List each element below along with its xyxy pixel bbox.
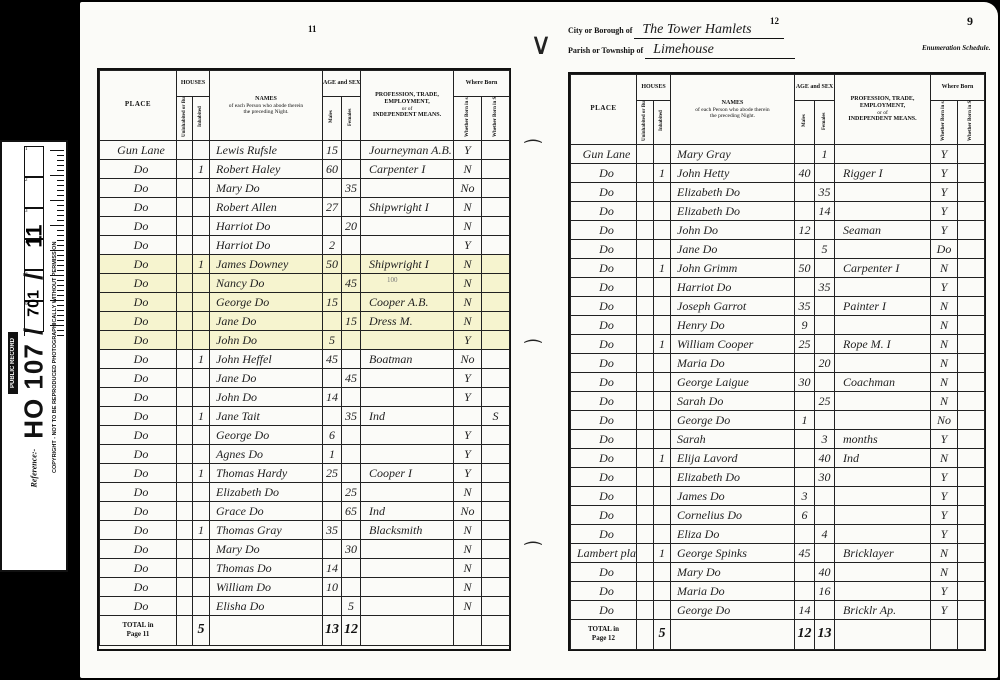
cell-inhabited bbox=[654, 562, 671, 581]
cell-profession bbox=[835, 201, 931, 220]
census-entry-row: Do Sarah 3 months Y bbox=[571, 429, 985, 448]
cell-inhabited bbox=[654, 600, 671, 619]
cell-place: Do bbox=[100, 539, 177, 558]
cell-name: George Do bbox=[210, 425, 323, 444]
cell-place: Do bbox=[571, 315, 637, 334]
cell-inhabited: 1 bbox=[654, 258, 671, 277]
cell-profession bbox=[361, 482, 454, 501]
cell-age-female bbox=[815, 163, 835, 182]
cell-uninhabited bbox=[637, 543, 654, 562]
cell-inhabited: 1 bbox=[193, 463, 210, 482]
cell-born-county: Y bbox=[454, 463, 482, 482]
cell-age-female: 5 bbox=[815, 239, 835, 258]
cell-place: Do bbox=[100, 235, 177, 254]
uninhabited-text: Uninhabited or Building bbox=[182, 97, 188, 137]
total-born-county bbox=[931, 619, 958, 649]
cell-born-elsewhere bbox=[958, 182, 985, 201]
cell-age-male bbox=[323, 178, 342, 197]
cell-place: Do bbox=[100, 520, 177, 539]
cell-profession: Seaman bbox=[835, 220, 931, 239]
cell-born-elsewhere bbox=[482, 349, 510, 368]
cell-place: Do bbox=[571, 410, 637, 429]
cell-age-female bbox=[815, 315, 835, 334]
cell-born-county: N bbox=[454, 558, 482, 577]
cell-profession bbox=[835, 505, 931, 524]
cell-inhabited bbox=[654, 201, 671, 220]
binding-stitch-mark: ⁔ bbox=[525, 122, 541, 142]
cell-inhabited bbox=[193, 216, 210, 235]
cell-profession bbox=[361, 387, 454, 406]
cell-name: Elizabeth Do bbox=[671, 467, 795, 486]
cell-profession: Shipwright I bbox=[361, 197, 454, 216]
total-males: 12 bbox=[795, 619, 815, 649]
col-inhabited: Inhabited bbox=[654, 101, 671, 145]
cell-place: Do bbox=[100, 406, 177, 425]
cell-inhabited bbox=[193, 539, 210, 558]
cell-age-female: 4 bbox=[815, 524, 835, 543]
cell-born-county: N bbox=[454, 197, 482, 216]
cell-name: John Hetty bbox=[671, 163, 795, 182]
cell-age-male bbox=[795, 277, 815, 296]
cell-name: Elija Lavord bbox=[671, 448, 795, 467]
corner-number: 9 bbox=[967, 14, 973, 29]
total-label: TOTAL inPage 12 bbox=[571, 619, 637, 649]
cell-uninhabited bbox=[637, 315, 654, 334]
parish-label: Parish or Township of bbox=[568, 46, 643, 55]
cell-place: Do bbox=[100, 178, 177, 197]
names-sub2: the preceding Night. bbox=[671, 113, 794, 119]
cell-profession bbox=[361, 425, 454, 444]
cell-born-county: Y bbox=[931, 600, 958, 619]
col-place: PLACE bbox=[571, 75, 637, 145]
total-born-elsewhere bbox=[482, 615, 510, 645]
cell-profession: Ind bbox=[361, 501, 454, 520]
census-entry-row: Do Harriot Do 20 N bbox=[100, 216, 510, 235]
cell-name: John Grimm bbox=[671, 258, 795, 277]
cell-name: Sarah bbox=[671, 429, 795, 448]
born-county-text: Whether Born in same County bbox=[465, 97, 471, 137]
cell-age-male: 25 bbox=[323, 463, 342, 482]
census-entry-row: Do Maria Do 20 N bbox=[571, 353, 985, 372]
cell-age-male: 30 bbox=[795, 372, 815, 391]
cell-born-county: Y bbox=[931, 505, 958, 524]
total-label-line1: TOTAL in bbox=[588, 625, 619, 633]
cell-age-male bbox=[795, 562, 815, 581]
col-uninhabited: Uninhabited or Building bbox=[177, 97, 193, 141]
cell-age-male: 27 bbox=[323, 197, 342, 216]
cell-name: Thomas Hardy bbox=[210, 463, 323, 482]
cell-uninhabited bbox=[177, 254, 193, 273]
cell-born-elsewhere bbox=[958, 372, 985, 391]
cell-name: Elisha Do bbox=[210, 596, 323, 615]
cell-profession bbox=[835, 353, 931, 372]
cell-name: Joseph Garrot bbox=[671, 296, 795, 315]
cell-place: Do bbox=[571, 258, 637, 277]
cell-age-female bbox=[342, 520, 361, 539]
cell-age-male bbox=[323, 482, 342, 501]
males-text: Males bbox=[329, 97, 335, 137]
census-entry-row: Do James Do 3 Y bbox=[571, 486, 985, 505]
females-text: Females bbox=[822, 101, 828, 141]
cell-born-elsewhere bbox=[482, 577, 510, 596]
col-females: Females bbox=[815, 101, 835, 145]
cell-age-male bbox=[795, 524, 815, 543]
cell-name: Harriot Do bbox=[210, 216, 323, 235]
cell-place: Do bbox=[100, 596, 177, 615]
col-females: Females bbox=[342, 97, 361, 141]
cell-inhabited: 1 bbox=[193, 254, 210, 273]
census-entry-row: Do Eliza Do 4 Y bbox=[571, 524, 985, 543]
cell-age-male bbox=[323, 406, 342, 425]
col-born-elsewhere: Whether Born in Scotland, Ireland, or Fo… bbox=[958, 101, 985, 145]
cell-uninhabited bbox=[177, 425, 193, 444]
cell-name: Elizabeth Do bbox=[671, 182, 795, 201]
census-entry-row: Lambert place 1 George Spinks 45 Brickla… bbox=[571, 543, 985, 562]
total-females: 13 bbox=[815, 619, 835, 649]
cell-born-elsewhere bbox=[958, 144, 985, 163]
cell-age-male: 40 bbox=[795, 163, 815, 182]
cell-age-female bbox=[342, 558, 361, 577]
cell-born-elsewhere bbox=[958, 163, 985, 182]
cell-inhabited bbox=[193, 482, 210, 501]
cell-age-male: 14 bbox=[795, 600, 815, 619]
cell-profession bbox=[835, 182, 931, 201]
cell-name: Sarah Do bbox=[671, 391, 795, 410]
cell-name: Robert Allen bbox=[210, 197, 323, 216]
binding-stitch-mark: ⁔ bbox=[525, 524, 541, 544]
cell-born-elsewhere bbox=[958, 315, 985, 334]
cell-born-county: Y bbox=[931, 467, 958, 486]
cell-uninhabited bbox=[637, 182, 654, 201]
cell-age-male bbox=[323, 539, 342, 558]
col-where-born: Where Born bbox=[931, 75, 985, 101]
cell-inhabited bbox=[654, 391, 671, 410]
cell-profession bbox=[361, 444, 454, 463]
cell-place: Do bbox=[100, 368, 177, 387]
cell-age-female bbox=[815, 505, 835, 524]
cell-age-female bbox=[815, 258, 835, 277]
cell-uninhabited bbox=[637, 467, 654, 486]
cell-uninhabited bbox=[177, 387, 193, 406]
census-entry-row: Do Nancy Do 45 N bbox=[100, 273, 510, 292]
cell-uninhabited bbox=[637, 372, 654, 391]
cell-place: Gun Lane bbox=[100, 140, 177, 159]
cell-inhabited: 1 bbox=[193, 349, 210, 368]
cell-born-elsewhere bbox=[482, 330, 510, 349]
parish-line: Parish or Township of Limehouse bbox=[568, 42, 795, 59]
cell-place: Do bbox=[571, 239, 637, 258]
cell-place: Do bbox=[571, 467, 637, 486]
cell-profession: Carpenter I bbox=[835, 258, 931, 277]
cell-born-county: Do bbox=[931, 239, 958, 258]
census-entry-row: Do 1 John Hetty 40 Rigger I Y bbox=[571, 163, 985, 182]
census-entry-row: Do George Do 6 Y bbox=[100, 425, 510, 444]
cell-age-male: 15 bbox=[323, 292, 342, 311]
cell-inhabited bbox=[193, 273, 210, 292]
cell-age-male: 45 bbox=[323, 349, 342, 368]
census-entry-row: Do George Do 1 No bbox=[571, 410, 985, 429]
col-profession: PROFESSION, TRADE, EMPLOYMENT,or ofINDEP… bbox=[361, 71, 454, 141]
cell-born-elsewhere bbox=[958, 562, 985, 581]
cell-place: Do bbox=[100, 197, 177, 216]
reference-label: Reference:- bbox=[30, 449, 39, 488]
census-entry-row: Do Harriot Do 2 Y bbox=[100, 235, 510, 254]
cell-born-county: Y bbox=[931, 524, 958, 543]
cell-age-female bbox=[342, 463, 361, 482]
census-entry-row: Do Mary Do 30 N bbox=[100, 539, 510, 558]
census-entry-row: Do 1 Jane Tait 35 Ind S bbox=[100, 406, 510, 425]
cell-profession bbox=[361, 330, 454, 349]
cell-age-female bbox=[815, 334, 835, 353]
names-title: NAMES bbox=[255, 96, 277, 102]
cell-age-male: 6 bbox=[795, 505, 815, 524]
cell-name: Jane Do bbox=[671, 239, 795, 258]
cell-age-male bbox=[795, 581, 815, 600]
cell-name: William Cooper bbox=[671, 334, 795, 353]
census-entry-row: Do 1 John Heffel 45 Boatman No bbox=[100, 349, 510, 368]
cell-uninhabited bbox=[637, 277, 654, 296]
total-label-line1: TOTAL in bbox=[122, 621, 153, 629]
names-sub2: the preceding Night. bbox=[210, 109, 322, 115]
cell-name: Cornelius Do bbox=[671, 505, 795, 524]
born-county-text: Whether Born in same County bbox=[941, 101, 947, 141]
cell-inhabited bbox=[193, 558, 210, 577]
cell-uninhabited bbox=[177, 197, 193, 216]
cell-inhabited bbox=[193, 330, 210, 349]
cell-profession bbox=[835, 486, 931, 505]
census-entry-row: Do Robert Allen 27 Shipwright I N bbox=[100, 197, 510, 216]
total-label-line2: Page 11 bbox=[127, 630, 150, 638]
census-entry-row: Gun Lane Lewis Rufsle 15 Journeyman A.B.… bbox=[100, 140, 510, 159]
cell-age-female: 25 bbox=[342, 482, 361, 501]
cell-born-county: N bbox=[454, 292, 482, 311]
cell-profession bbox=[361, 539, 454, 558]
cell-uninhabited bbox=[177, 292, 193, 311]
total-names bbox=[671, 619, 795, 649]
cell-inhabited bbox=[193, 197, 210, 216]
cell-uninhabited bbox=[637, 448, 654, 467]
cell-age-male: 14 bbox=[323, 387, 342, 406]
cell-age-male bbox=[323, 501, 342, 520]
cell-age-male: 5 bbox=[323, 330, 342, 349]
cell-born-county: Y bbox=[931, 429, 958, 448]
cell-uninhabited bbox=[177, 577, 193, 596]
cell-profession bbox=[361, 558, 454, 577]
cell-uninhabited bbox=[177, 520, 193, 539]
cell-place: Do bbox=[571, 334, 637, 353]
cell-inhabited bbox=[654, 220, 671, 239]
cell-age-female bbox=[342, 197, 361, 216]
cell-born-county: N bbox=[931, 296, 958, 315]
cell-age-male: 35 bbox=[323, 520, 342, 539]
parish-value: Limehouse bbox=[645, 42, 795, 59]
census-entry-row: Do Agnes Do 1 Y bbox=[100, 444, 510, 463]
right-total-row: TOTAL inPage 12 5 12 13 bbox=[571, 619, 985, 649]
cell-born-county: N bbox=[931, 448, 958, 467]
cell-profession bbox=[835, 562, 931, 581]
census-entry-row: Do Elizabeth Do 25 N bbox=[100, 482, 510, 501]
cell-born-county: N bbox=[931, 562, 958, 581]
cell-age-female: 65 bbox=[342, 501, 361, 520]
cell-age-female bbox=[815, 372, 835, 391]
cell-uninhabited bbox=[177, 178, 193, 197]
cell-age-male bbox=[795, 201, 815, 220]
cell-name: George Laigue bbox=[671, 372, 795, 391]
cell-age-female: 35 bbox=[342, 178, 361, 197]
cell-age-female bbox=[342, 444, 361, 463]
cell-profession bbox=[361, 235, 454, 254]
cell-place: Do bbox=[100, 463, 177, 482]
cell-age-female: 35 bbox=[815, 277, 835, 296]
cell-inhabited bbox=[193, 140, 210, 159]
cell-age-male: 2 bbox=[323, 235, 342, 254]
cell-age-male bbox=[795, 353, 815, 372]
cell-age-male bbox=[795, 429, 815, 448]
cell-born-elsewhere bbox=[958, 505, 985, 524]
total-born-elsewhere bbox=[958, 619, 985, 649]
cell-inhabited bbox=[193, 501, 210, 520]
total-label: TOTAL inPage 11 bbox=[100, 615, 177, 645]
cell-age-female bbox=[342, 387, 361, 406]
cell-age-male bbox=[795, 448, 815, 467]
cell-profession: Painter I bbox=[835, 296, 931, 315]
cell-name: John Do bbox=[671, 220, 795, 239]
cell-profession bbox=[835, 467, 931, 486]
cell-name: John Heffel bbox=[210, 349, 323, 368]
cell-uninhabited bbox=[177, 444, 193, 463]
cell-age-male: 1 bbox=[795, 410, 815, 429]
cell-age-female: 30 bbox=[342, 539, 361, 558]
reference-piece: 11 bbox=[21, 225, 47, 248]
cell-inhabited bbox=[654, 505, 671, 524]
cell-born-elsewhere bbox=[958, 334, 985, 353]
cell-inhabited: 1 bbox=[654, 543, 671, 562]
cell-place: Do bbox=[571, 391, 637, 410]
cell-name: Jane Do bbox=[210, 311, 323, 330]
cell-place: Do bbox=[100, 501, 177, 520]
reference-slash: / bbox=[19, 272, 50, 280]
census-entry-row: Do William Do 10 N bbox=[100, 577, 510, 596]
cell-place: Do bbox=[100, 387, 177, 406]
cell-name: Elizabeth Do bbox=[671, 201, 795, 220]
census-entry-row: Do Elisha Do 5 N bbox=[100, 596, 510, 615]
cell-born-county: Y bbox=[931, 277, 958, 296]
cell-age-female bbox=[342, 330, 361, 349]
cell-born-elsewhere bbox=[482, 444, 510, 463]
cell-name: Nancy Do bbox=[210, 273, 323, 292]
cell-born-county: Y bbox=[931, 163, 958, 182]
cell-inhabited bbox=[193, 368, 210, 387]
census-entry-row: Do 1 John Grimm 50 Carpenter I N bbox=[571, 258, 985, 277]
cell-name: Thomas Gray bbox=[210, 520, 323, 539]
cell-uninhabited bbox=[637, 600, 654, 619]
cell-place: Do bbox=[100, 444, 177, 463]
cell-profession: Dress M. bbox=[361, 311, 454, 330]
cell-uninhabited bbox=[637, 144, 654, 163]
cell-inhabited bbox=[654, 372, 671, 391]
cell-profession bbox=[361, 368, 454, 387]
cell-profession: Journeyman A.B. bbox=[361, 140, 454, 159]
cell-place: Do bbox=[571, 562, 637, 581]
census-entry-row: Do Jane Do 45 Y bbox=[100, 368, 510, 387]
cell-born-county: N bbox=[931, 334, 958, 353]
total-names bbox=[210, 615, 323, 645]
total-inhabited: 5 bbox=[193, 615, 210, 645]
cell-born-elsewhere bbox=[482, 216, 510, 235]
cell-name: George Spinks bbox=[671, 543, 795, 562]
cell-age-female: 40 bbox=[815, 448, 835, 467]
cell-age-female bbox=[815, 486, 835, 505]
cell-born-county: N bbox=[454, 520, 482, 539]
cell-name: Elizabeth Do bbox=[210, 482, 323, 501]
total-inhabited: 5 bbox=[654, 619, 671, 649]
cell-name: John Do bbox=[210, 330, 323, 349]
cell-profession: Blacksmith bbox=[361, 520, 454, 539]
cell-born-elsewhere bbox=[958, 486, 985, 505]
cell-profession: Bricklayer bbox=[835, 543, 931, 562]
cell-born-county: N bbox=[454, 482, 482, 501]
cell-born-county: N bbox=[931, 315, 958, 334]
cell-name: Thomas Do bbox=[210, 558, 323, 577]
cell-born-elsewhere bbox=[958, 353, 985, 372]
cell-inhabited bbox=[193, 292, 210, 311]
cell-place: Do bbox=[571, 182, 637, 201]
cell-uninhabited bbox=[637, 391, 654, 410]
cell-age-male bbox=[795, 182, 815, 201]
cell-age-female: 30 bbox=[815, 467, 835, 486]
cell-age-female: 20 bbox=[342, 216, 361, 235]
cell-profession bbox=[835, 581, 931, 600]
cell-profession: Ind bbox=[361, 406, 454, 425]
cell-age-female bbox=[342, 292, 361, 311]
cell-profession: Cooper I bbox=[361, 463, 454, 482]
census-entry-row: Do Cornelius Do 6 Y bbox=[571, 505, 985, 524]
cell-inhabited bbox=[654, 277, 671, 296]
cell-born-county: No bbox=[454, 349, 482, 368]
cell-place: Do bbox=[571, 448, 637, 467]
reference-code: Reference:- HO 107 / 701 / 11 bbox=[19, 225, 50, 488]
inhabited-text: Inhabited bbox=[198, 97, 204, 137]
cell-uninhabited bbox=[177, 539, 193, 558]
reference-sub: 701 bbox=[25, 290, 43, 317]
cell-age-male bbox=[795, 391, 815, 410]
cell-age-male: 1 bbox=[323, 444, 342, 463]
cell-born-county bbox=[454, 406, 482, 425]
cell-inhabited bbox=[654, 315, 671, 334]
cell-age-male bbox=[795, 239, 815, 258]
total-profession bbox=[835, 619, 931, 649]
cell-age-female bbox=[815, 220, 835, 239]
cell-inhabited bbox=[654, 182, 671, 201]
cell-profession bbox=[361, 178, 454, 197]
cell-born-elsewhere bbox=[482, 425, 510, 444]
cell-born-elsewhere bbox=[482, 311, 510, 330]
cell-name: James Do bbox=[671, 486, 795, 505]
cell-born-elsewhere bbox=[482, 254, 510, 273]
col-born-same-county: Whether Born in same County bbox=[454, 97, 482, 141]
profession-title: PROFESSION, TRADE, EMPLOYMENT, bbox=[361, 92, 453, 105]
cell-inhabited bbox=[654, 239, 671, 258]
cell-age-female bbox=[342, 159, 361, 178]
cell-inhabited bbox=[654, 144, 671, 163]
left-total-row: TOTAL inPage 11 5 13 12 bbox=[100, 615, 510, 645]
cell-inhabited bbox=[193, 311, 210, 330]
cell-born-elsewhere bbox=[482, 292, 510, 311]
cell-born-elsewhere bbox=[958, 410, 985, 429]
cell-age-male bbox=[795, 144, 815, 163]
cell-born-elsewhere bbox=[482, 387, 510, 406]
cell-inhabited bbox=[193, 444, 210, 463]
